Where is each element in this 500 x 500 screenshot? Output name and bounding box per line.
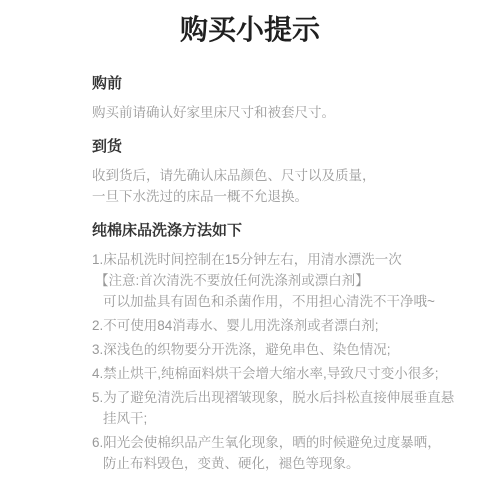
section-washing-instructions: 纯棉床品洗涤方法如下 1.床品机洗时间控制在15分钟左右，用清水漂洗一次 【注意… xyxy=(92,207,460,477)
list-item-line: 1.床品机洗时间控制在15分钟左右，用清水漂洗一次 xyxy=(92,249,460,270)
section-before-purchase-heading: 购前 xyxy=(92,74,460,94)
section-washing-instructions-heading: 纯棉床品洗涤方法如下 xyxy=(92,221,460,241)
section-before-purchase: 购前 购买前请确认好家里床尺寸和被套尺寸。 xyxy=(92,60,460,123)
list-item-note-line: 【注意:首次清洗不要放任何洗涤剂或漂白剂】 xyxy=(92,270,460,291)
section-before-purchase-text: 购买前请确认好家里床尺寸和被套尺寸。 xyxy=(92,102,460,123)
list-item-line: 挂风干; xyxy=(92,408,460,429)
list-item-line: 3.深浅色的织物要分开洗涤，避免串色、染色情况; xyxy=(92,339,460,360)
list-item-line: 防止布料毁色，变黄、硬化，褪色等现象。 xyxy=(92,453,460,474)
list-item: 5.为了避免清洗后出现褶皱现象，脱水后抖松直接伸展垂直悬 挂风干; xyxy=(92,387,460,429)
list-item-line: 6.阳光会使棉织品产生氧化现象，晒的时候避免过度暴晒， xyxy=(92,432,460,453)
section-on-arrival-heading: 到货 xyxy=(92,137,460,157)
list-item-line: 2.不可使用84消毒水、婴儿用洗涤剂或者漂白剂; xyxy=(92,315,460,336)
list-item: 2.不可使用84消毒水、婴儿用洗涤剂或者漂白剂; xyxy=(92,315,460,336)
list-item-line: 可以加盐具有固色和杀菌作用，不用担心清洗不干净哦~ xyxy=(92,291,460,312)
list-item: 3.深浅色的织物要分开洗涤，避免串色、染色情况; xyxy=(92,339,460,360)
section-on-arrival-text-line: 收到货后，请先确认床品颜色、尺寸以及质量， xyxy=(92,165,460,186)
page-content: 购前 购买前请确认好家里床尺寸和被套尺寸。 到货 收到货后，请先确认床品颜色、尺… xyxy=(0,60,500,477)
section-on-arrival-text-line: 一旦下水洗过的床品一概不允退换。 xyxy=(92,186,460,207)
list-item: 1.床品机洗时间控制在15分钟左右，用清水漂洗一次 【注意:首次清洗不要放任何洗… xyxy=(92,249,460,312)
washing-instructions-list: 1.床品机洗时间控制在15分钟左右，用清水漂洗一次 【注意:首次清洗不要放任何洗… xyxy=(92,249,460,474)
purchase-tips-page: 购买小提示 购前 购买前请确认好家里床尺寸和被套尺寸。 到货 收到货后，请先确认… xyxy=(0,0,500,500)
list-item: 6.阳光会使棉织品产生氧化现象，晒的时候避免过度暴晒， 防止布料毁色，变黄、硬化… xyxy=(92,432,460,474)
list-item: 4.禁止烘干,纯棉面料烘干会增大缩水率,导致尺寸变小很多; xyxy=(92,363,460,384)
list-item-line: 5.为了避免清洗后出现褶皱现象，脱水后抖松直接伸展垂直悬 xyxy=(92,387,460,408)
list-item-line: 4.禁止烘干,纯棉面料烘干会增大缩水率,导致尺寸变小很多; xyxy=(92,363,460,384)
page-title: 购买小提示 xyxy=(0,12,500,48)
section-on-arrival: 到货 收到货后，请先确认床品颜色、尺寸以及质量， 一旦下水洗过的床品一概不允退换… xyxy=(92,123,460,207)
